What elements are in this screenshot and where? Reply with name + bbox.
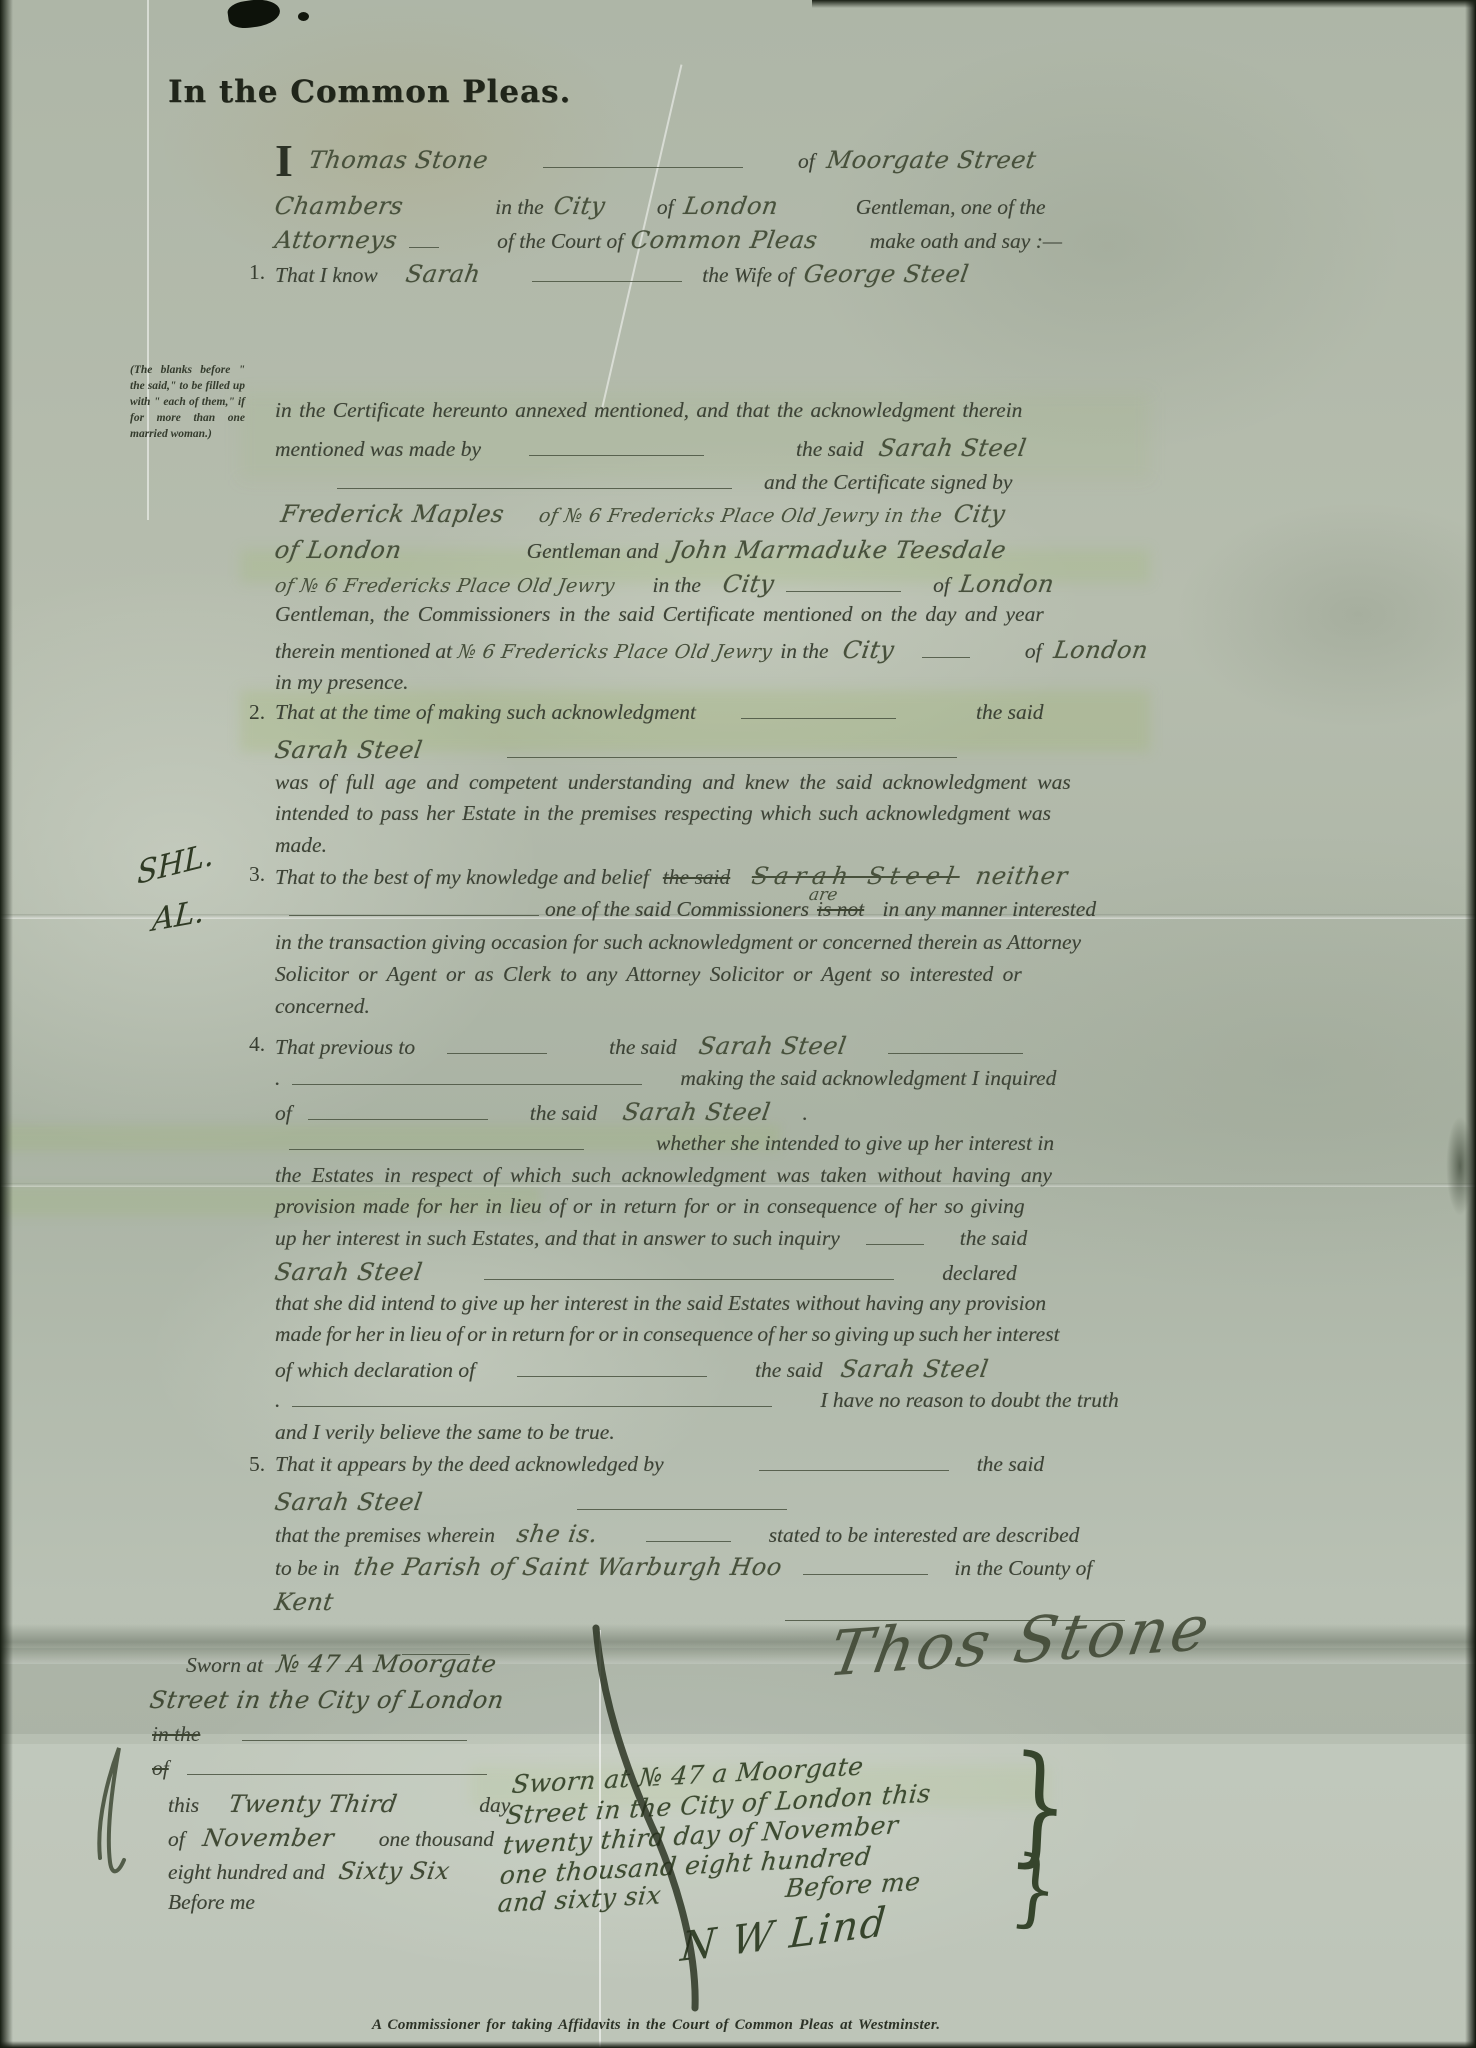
printed-text: Gentleman, one of the	[856, 197, 1046, 219]
page-edge-top	[812, 0, 1476, 8]
printed-text: provision made for her in lieu of or in …	[275, 1196, 1025, 1218]
section-number: 5.	[249, 1454, 265, 1476]
handwritten-text: Sarah Steel	[839, 1357, 990, 1381]
jurat-left-line: thisTwenty Thirdday	[168, 1792, 510, 1817]
affidavit-document: In the Common Pleas. (The blanks before …	[0, 0, 1476, 2048]
document-line: whether she intended to give up her inte…	[275, 1133, 1054, 1155]
section-number: 1.	[249, 262, 265, 284]
clause-2: 2.That at the time of making such acknow…	[275, 702, 1043, 724]
printed-text: in the	[495, 197, 543, 219]
handwritten-text: Sarah Steel	[273, 738, 424, 762]
document-line: of № 6 Fredericks Place Old Jewryin theC…	[275, 572, 1054, 597]
inserted-word: are	[808, 887, 839, 904]
printed-text: Gentleman, the Commissioners in the said…	[275, 604, 1044, 626]
printed-text: That previous to	[275, 1037, 415, 1059]
handwritten-text: Chambers	[273, 194, 405, 218]
handwritten-text: she is.	[515, 1522, 600, 1546]
opening-line: Attorneysof the Court ofCommon Pleasmake…	[275, 228, 1062, 253]
margin-initials-1: SHL.	[137, 836, 213, 892]
handwritten-text: George Steel	[802, 262, 970, 286]
printed-text: the said	[977, 1454, 1044, 1476]
document-line: Sarah Steeldeclared	[275, 1260, 1017, 1285]
struck-printed-text: the said	[663, 867, 730, 889]
handwritten-text: № 47 A Moorgate	[275, 1652, 498, 1676]
handwritten-text: City	[552, 194, 607, 218]
printed-text: in the	[653, 575, 701, 597]
blank-rule	[922, 643, 970, 658]
handwritten-text: of London	[273, 538, 403, 562]
document-line: .I have no reason to doubt the truth	[275, 1390, 1119, 1412]
printed-text: and I verily believe the same to be true…	[275, 1422, 615, 1444]
opening-line: IThomas StoneofMoorgate Street	[275, 148, 1036, 173]
blank-rule	[292, 1070, 642, 1085]
handwritten-text: Sarah Steel	[273, 1490, 424, 1514]
handwritten-text: Frederick Maples	[279, 502, 506, 526]
printed-text: in the Certificate hereunto annexed ment…	[275, 400, 1022, 422]
printed-text: of	[168, 1829, 185, 1851]
jurat-left-line: of	[152, 1758, 487, 1780]
document-line: and the Certificate signed by	[275, 472, 1012, 494]
document-line: Kent	[275, 1590, 334, 1615]
opening-line: Chambersin theCityofLondonGentleman, one…	[275, 194, 1046, 219]
blank-rule	[888, 1039, 1023, 1054]
document-line: intended to pass her Estate in the premi…	[275, 803, 1051, 825]
handwritten-text: Sarah Steel	[697, 1034, 848, 1058]
blank-rule	[337, 474, 732, 489]
blank-rule	[803, 1560, 928, 1575]
printed-text: of the Court of	[497, 231, 623, 253]
handwritten-text: City	[721, 572, 776, 596]
printed-text: stated to be interested are described	[769, 1525, 1080, 1547]
handwritten-text: Street in the City of London	[148, 1688, 506, 1712]
handwritten-text: Kent	[273, 1590, 335, 1614]
printed-text: of	[933, 575, 950, 597]
jurat-left-line: in the	[152, 1724, 467, 1746]
drop-cap: I	[275, 149, 293, 172]
printed-text: to be in	[275, 1558, 340, 1580]
document-line: Sarah Steel	[275, 738, 957, 763]
printed-text: Gentleman and	[527, 541, 659, 563]
section-number: 2.	[249, 702, 265, 724]
printed-text: therein mentioned at	[275, 641, 452, 663]
section-number: 4.	[249, 1034, 265, 1056]
blank-rule	[741, 704, 896, 719]
printed-text: Sworn at	[186, 1655, 263, 1677]
printed-text: in my presence.	[275, 672, 409, 694]
blank-rule	[543, 153, 743, 168]
handwritten-text: London	[1052, 638, 1150, 662]
handwritten-text: London	[958, 572, 1056, 596]
jurat-left-line: Sworn at№ 47 A Moorgate	[186, 1652, 497, 1677]
document-line: therein mentioned at№ 6 Fredericks Place…	[275, 638, 1148, 663]
printed-text: made for her in lieu of or in return for…	[275, 1324, 1060, 1346]
handwritten-text: neither	[974, 864, 1069, 888]
handwritten-text: Moorgate Street	[825, 148, 1038, 172]
printed-text: That at the time of making such acknowle…	[275, 702, 696, 724]
printed-text: of	[1025, 641, 1042, 663]
blank-rule	[289, 1135, 584, 1150]
blank-rule	[409, 233, 439, 248]
printed-text: declared	[942, 1263, 1016, 1285]
printed-text: the Estates in respect of which such ack…	[275, 1165, 1052, 1187]
blank-rule	[289, 901, 539, 916]
document-line: was of full age and competent understand…	[275, 772, 1071, 794]
ink-blob	[226, 0, 281, 30]
document-line: ofthe saidSarah Steel.	[275, 1100, 808, 1125]
handwritten-text: Sixty Six	[337, 1859, 451, 1883]
printed-text: in the transaction giving occasion for s…	[275, 932, 1081, 954]
document-line: mentioned was made bythe saidSarah Steel	[275, 436, 1026, 461]
printed-text: of	[275, 1103, 292, 1125]
document-line: made.	[275, 835, 327, 857]
printed-text: of	[657, 197, 674, 219]
handwritten-text: Attorneys	[273, 228, 399, 252]
section-number: 3.	[249, 864, 265, 886]
printed-text: the said	[796, 439, 863, 461]
printed-text: and the Certificate signed by	[764, 472, 1012, 494]
page-edge-right	[1465, 0, 1476, 2048]
handwritten-text: Before me	[785, 1869, 923, 1901]
printed-text: that the premises wherein	[275, 1525, 495, 1547]
document-line: provision made for her in lieu of or in …	[275, 1196, 1025, 1218]
document-line: of which declaration ofthe saidSarah Ste…	[275, 1357, 988, 1382]
handwritten-text: November	[201, 1826, 336, 1850]
document-line: the Estates in respect of which such ack…	[275, 1165, 1052, 1187]
handwritten-text: the Parish of Saint Warburgh Hoo	[352, 1555, 784, 1579]
printed-text: in any manner interested	[883, 899, 1097, 921]
printed-text: of which declaration of	[275, 1360, 475, 1382]
clause-4: 4.That previous tothe saidSarah Steel	[275, 1034, 1023, 1059]
printed-text: that she did intend to give up her inter…	[275, 1293, 1046, 1315]
document-line: that she did intend to give up her inter…	[275, 1293, 1046, 1315]
printed-text: mentioned was made by	[275, 439, 481, 461]
document-line: Gentleman, the Commissioners in the said…	[275, 604, 1044, 626]
blank-rule	[577, 1495, 787, 1510]
printed-text: concerned.	[275, 996, 370, 1018]
blank-rule	[759, 1456, 949, 1471]
handwritten-text: of № 6 Fredericks Place Old Jewry	[273, 577, 616, 596]
printed-text: Solicitor or Agent or as Clerk to any At…	[275, 964, 1022, 986]
document-line: one of the said Commissionersis notarein…	[275, 899, 1096, 921]
printed-text: one thousand	[379, 1829, 494, 1851]
document-line: Sarah Steel	[275, 1490, 787, 1515]
margin-initials-2: AL.	[151, 893, 206, 939]
document-line: made for her in lieu of or in return for…	[275, 1324, 1060, 1346]
printed-text: .	[803, 1103, 808, 1125]
printed-text: .	[275, 1068, 280, 1090]
blank-rule	[447, 1039, 547, 1054]
commissioner-signature: N W Lind	[679, 1899, 890, 1971]
clause-1: 1.That I knowSarahthe Wife ofGeorge Stee…	[275, 262, 969, 287]
handwritten-text: Sarah Steel	[877, 436, 1028, 460]
printed-text: in the	[780, 641, 828, 663]
document-line: .making the said acknowledgment I inquir…	[275, 1068, 1056, 1090]
printed-text: .	[275, 1390, 280, 1412]
blank-rule	[507, 743, 957, 758]
handwritten-text: City	[952, 502, 1007, 526]
printed-text: Before me	[168, 1892, 255, 1914]
blank-rule	[532, 267, 682, 282]
margin-note: (The blanks before " the said," to be fi…	[130, 362, 245, 442]
printed-text: made.	[275, 835, 327, 857]
ink-blob	[298, 12, 309, 21]
document-line: that the premises whereinshe is.stated t…	[275, 1522, 1079, 1547]
printed-text: the said	[976, 702, 1043, 724]
handwritten-text: John Marmaduke Teesdale	[669, 538, 1008, 562]
printed-text: That it appears by the deed acknowledged…	[275, 1454, 664, 1476]
jurat-left-line: Before me	[168, 1892, 255, 1914]
printed-text: the said	[530, 1103, 597, 1125]
blank-rule	[187, 1760, 487, 1775]
blank-rule	[786, 577, 901, 592]
printed-text: was of full age and competent understand…	[275, 772, 1071, 794]
handwritten-text: Sarah	[404, 262, 482, 286]
blank-rule	[292, 1392, 772, 1407]
printed-text: this	[168, 1795, 199, 1817]
handwritten-text: Common Pleas	[629, 228, 819, 252]
printed-text: That I know	[275, 265, 378, 287]
blank-rule	[646, 1527, 731, 1542]
blank-rule	[242, 1726, 467, 1741]
page-edge-bottom	[0, 2041, 1476, 2048]
printed-text: of	[798, 151, 815, 173]
struck-printed-text: in the	[152, 1724, 200, 1746]
document-line: in my presence.	[275, 672, 409, 694]
document-line: up her interest in such Estates, and tha…	[275, 1228, 1027, 1250]
court-heading: In the Common Pleas.	[168, 74, 571, 110]
clause-3: 3.That to the best of my knowledge and b…	[275, 864, 1068, 889]
blank-rule	[484, 1265, 894, 1280]
handwritten-text: № 6 Fredericks Place Old Jewry	[457, 643, 774, 662]
document-line: concerned.	[275, 996, 370, 1018]
blank-rule	[308, 1105, 488, 1120]
jurat-left-line: eight hundred andSixty Six	[168, 1859, 450, 1884]
printed-text: make oath and say :—	[870, 231, 1062, 253]
document-line: of LondonGentleman andJohn Marmaduke Tee…	[275, 538, 1006, 563]
handwritten-text: of № 6 Fredericks Place Old Jewry in the	[538, 507, 944, 526]
printed-text: in the County of	[954, 1558, 1092, 1580]
jurat-left-line: Street in the City of London	[150, 1688, 504, 1713]
printed-text: intended to pass her Estate in the premi…	[275, 803, 1051, 825]
printed-text: I have no reason to doubt the truth	[820, 1390, 1118, 1412]
document-line: in the Certificate hereunto annexed ment…	[275, 400, 1022, 422]
page-edge-left	[0, 0, 13, 2048]
struck-handwritten-text: Sarah Steel	[750, 864, 962, 888]
printed-text: the said	[960, 1228, 1027, 1250]
blank-rule	[866, 1230, 924, 1245]
blank-rule	[529, 441, 704, 456]
struck-printed-text: of	[152, 1758, 169, 1780]
handwritten-text: City	[841, 638, 896, 662]
clause-5: 5.That it appears by the deed acknowledg…	[275, 1454, 1044, 1476]
document-line: and I verily believe the same to be true…	[275, 1422, 615, 1444]
printed-text: whether she intended to give up her inte…	[656, 1133, 1054, 1155]
handwritten-text: London	[682, 194, 780, 218]
printed-text: making the said acknowledgment I inquire…	[680, 1068, 1056, 1090]
handwritten-text: Sarah Steel	[273, 1260, 424, 1284]
printed-text: the said	[609, 1037, 676, 1059]
blank-rule	[517, 1362, 707, 1377]
brace-icon: }	[1008, 1843, 1062, 1933]
jurat-left-line: ofNovemberone thousand	[168, 1826, 494, 1851]
handwritten-text: Sarah Steel	[621, 1100, 772, 1124]
document-line: Solicitor or Agent or as Clerk to any At…	[275, 964, 1022, 986]
printed-text: one of the said Commissioners	[545, 899, 809, 921]
printed-text: the said	[755, 1360, 822, 1382]
printed-text: eight hundred and	[168, 1862, 325, 1884]
document-line: in the transaction giving occasion for s…	[275, 932, 1081, 954]
printed-text: up her interest in such Estates, and tha…	[275, 1228, 840, 1250]
handwritten-text: Thomas Stone	[307, 148, 490, 172]
handwritten-text: Twenty Third	[227, 1792, 399, 1816]
commissioner-footer: A Commissioner for taking Affidavits in …	[372, 2017, 940, 2034]
printed-text: the Wife of	[702, 265, 794, 287]
document-line: Frederick Maplesof № 6 Fredericks Place …	[275, 502, 1005, 527]
handwritten-text: and sixty six	[497, 1882, 663, 1916]
document-line: to be inthe Parish of Saint Warburgh Hoo…	[275, 1555, 1092, 1580]
ink-smudge	[1446, 1116, 1474, 1216]
printed-text: That to the best of my knowledge and bel…	[275, 867, 649, 889]
